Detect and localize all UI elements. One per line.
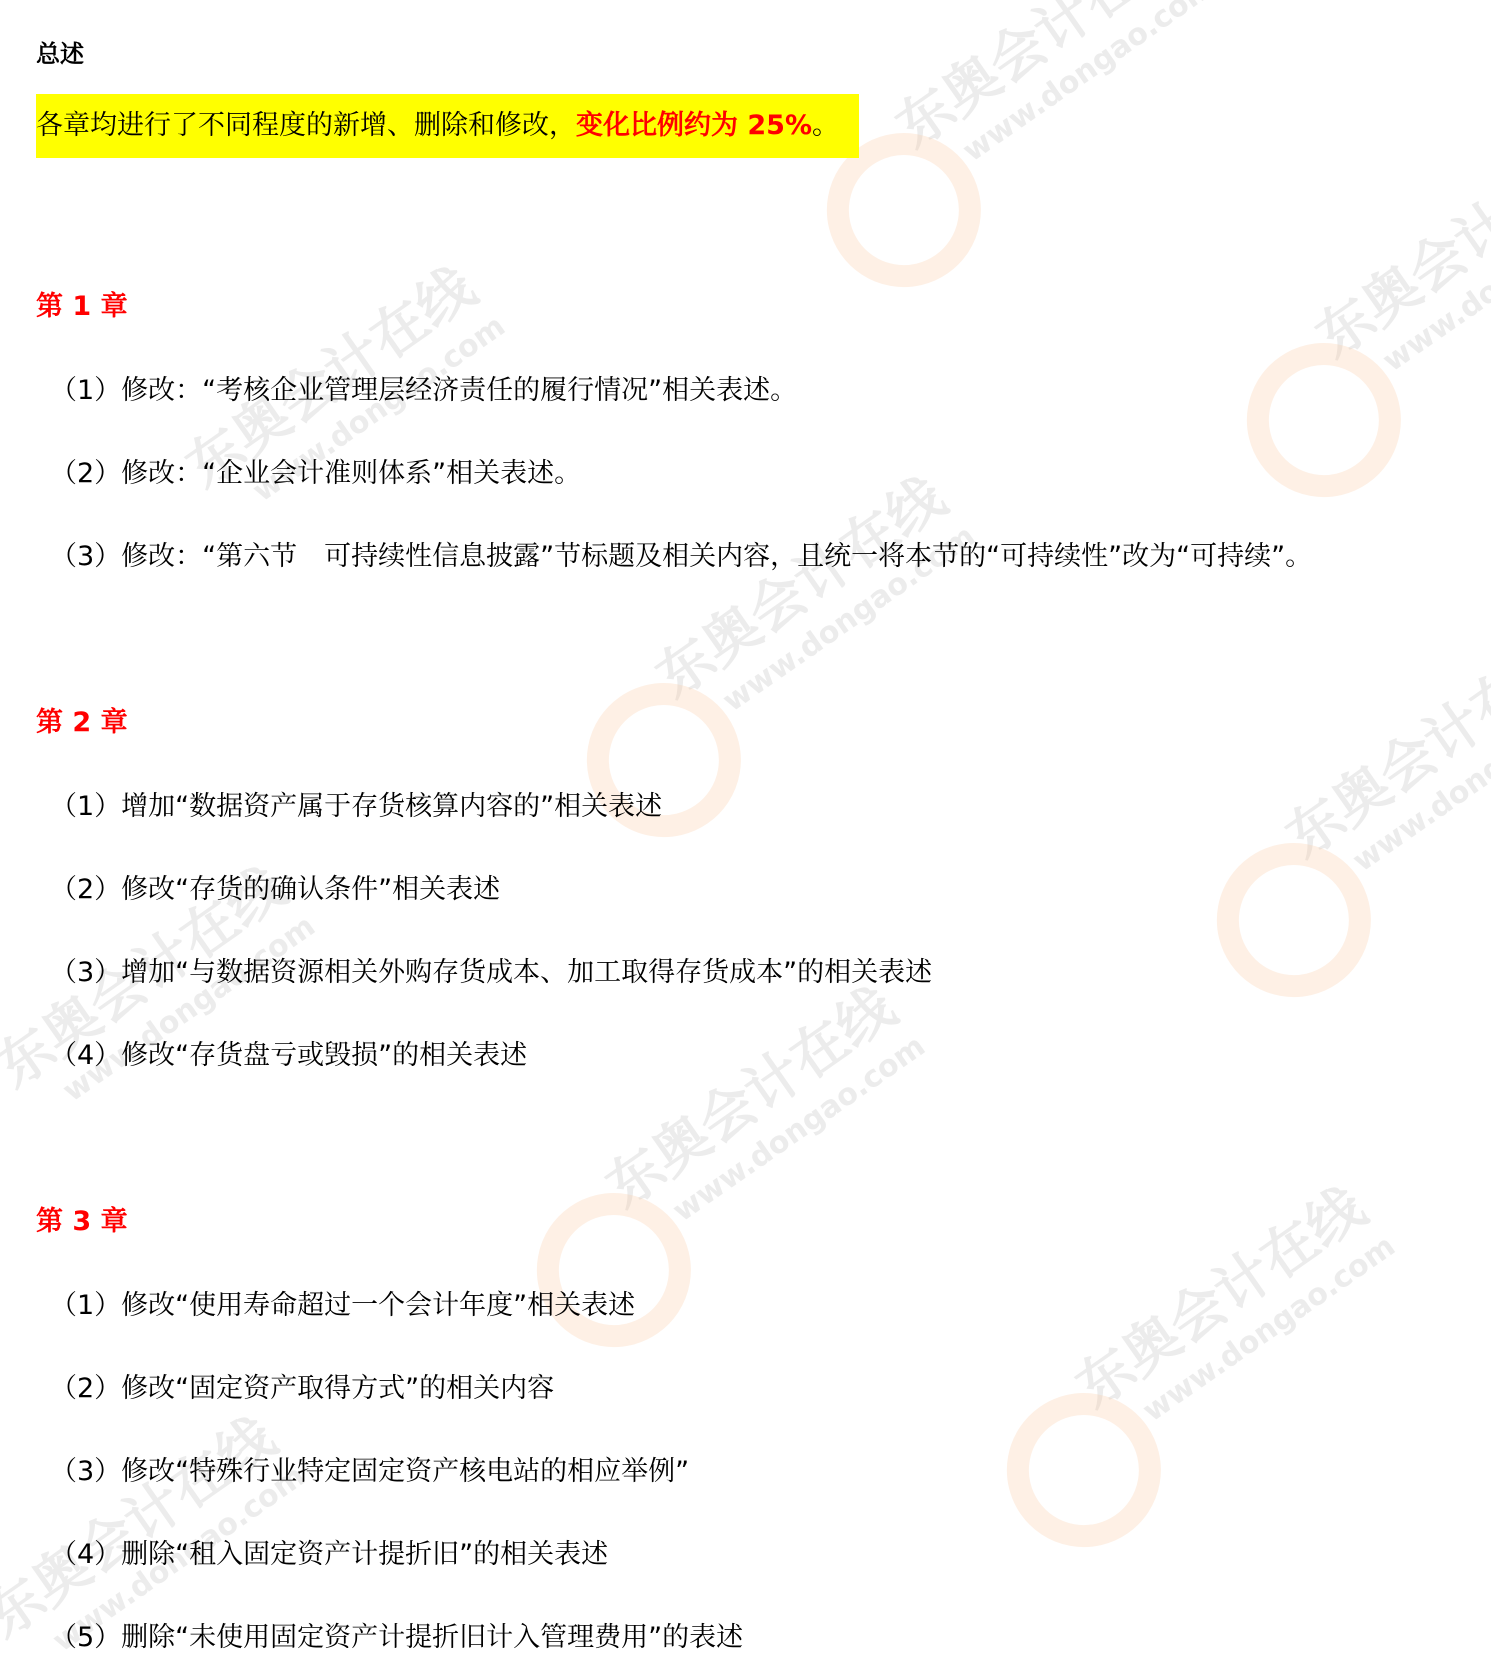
watermark: 东奥会计在线www.dongao.com [1298,113,1491,402]
list-item: （1）修改：“考核企业管理层经济责任的履行情况”相关表述。 [50,368,797,407]
list-item: （3）修改：“第六节 可持续性信息披露”节标题及相关内容，且统一将本节的“可持续… [50,534,1312,573]
watermark: 东奥会计在线www.dongao.com [1268,613,1491,902]
watermark: 东奥会计在线www.dongao.com [878,0,1222,192]
list-item: （5）删除“未使用固定资产计提折旧计入管理费用”的表述 [50,1615,743,1654]
list-item: （4）删除“租入固定资产计提折旧”的相关表述 [50,1532,608,1571]
chapter-3-title: 第 3 章 [36,1199,128,1238]
watermark: 东奥会计在线www.dongao.com [1058,1163,1402,1452]
overview-summary: 各章均进行了不同程度的新增、删除和修改，变化比例约为 25%。 [36,94,859,158]
list-item: （4）修改“存货盘亏或毁损”的相关表述 [50,1033,527,1072]
list-item: （3）增加“与数据资源相关外购存货成本、加工取得存货成本”的相关表述 [50,950,932,989]
list-item: （2）修改“固定资产取得方式”的相关内容 [50,1366,554,1405]
list-item: （1）修改“使用寿命超过一个会计年度”相关表述 [50,1283,635,1322]
summary-end: 。 [812,110,839,141]
list-item: （2）修改：“企业会计准则体系”相关表述。 [50,451,581,490]
chapter-2-title: 第 2 章 [36,700,128,739]
list-item: （2）修改“存货的确认条件”相关表述 [50,867,500,906]
watermark: 东奥会计在线www.dongao.com [638,453,982,742]
summary-text: 各章均进行了不同程度的新增、删除和修改， [36,110,576,141]
overview-title: 总述 [36,34,84,69]
list-item: （3）修改“特殊行业特定固定资产核电站的相应举例” [50,1449,689,1488]
watermark: 东奥会计在线www.dongao.com [588,963,932,1252]
summary-emphasis: 变化比例约为 25% [576,110,812,141]
list-item: （1）增加“数据资产属于存货核算内容的”相关表述 [50,784,662,823]
chapter-1-title: 第 1 章 [36,284,128,323]
